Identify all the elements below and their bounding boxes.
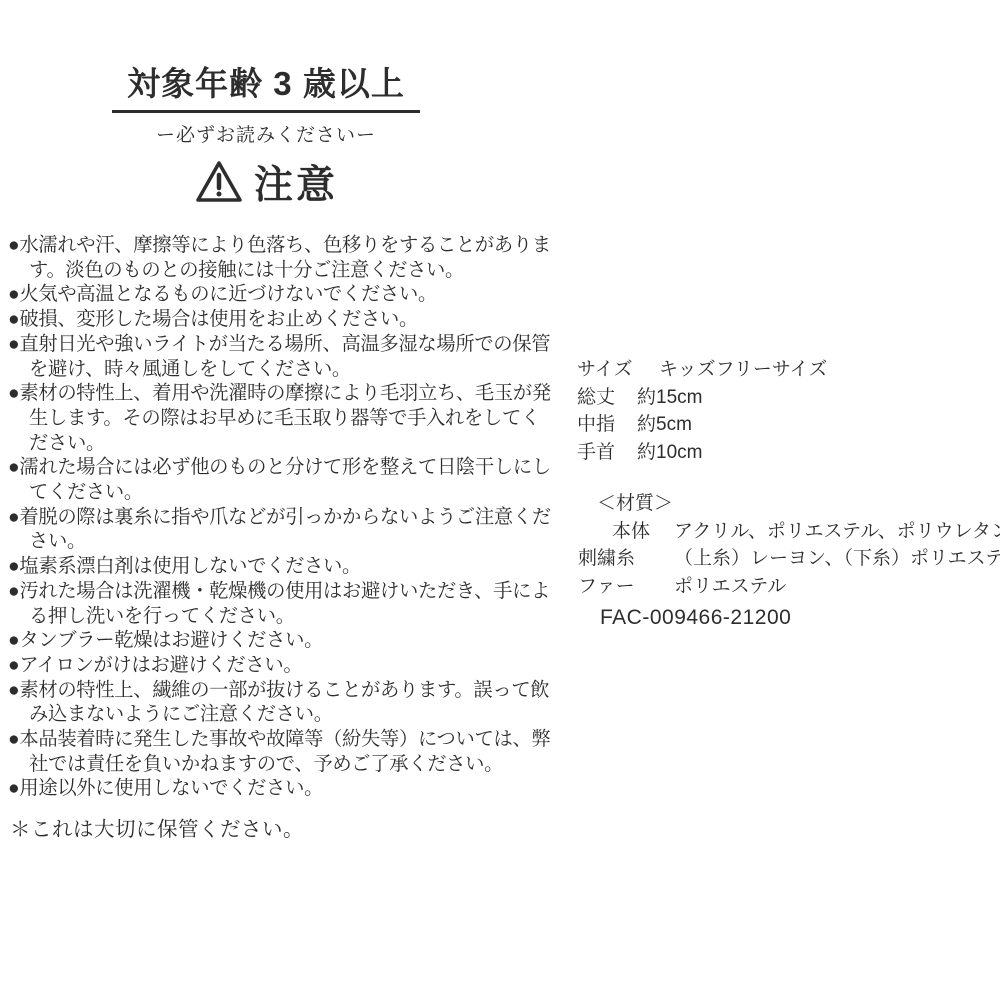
- material-value: ポリエステル: [674, 573, 786, 601]
- bullet-marker: ●: [8, 556, 19, 577]
- bullet-marker: ●: [8, 334, 19, 355]
- material-value: （上糸）レーヨン、（下糸）ポリエステル: [674, 545, 1000, 573]
- warning-text: アイロンがけはお避けください。: [19, 655, 302, 676]
- warnings-list: ●水濡れや汗、摩擦等により色落ち、色移りをすることがあります。淡色のものとの接触…: [8, 234, 556, 802]
- material-row: 刺繍糸 （上糸）レーヨン、（下糸）ポリエステル: [578, 545, 1000, 573]
- warning-text: 素材の特性上、繊維の一部が抜けることがあります。誤って飲み込まないようにご注意く…: [19, 680, 549, 726]
- materials-heading: ＜材質＞: [597, 490, 1000, 518]
- warning-item: ●水濡れや汗、摩擦等により色落ち、色移りをすることがあります。淡色のものとの接触…: [8, 234, 556, 283]
- material-label: 本体: [578, 518, 674, 546]
- warning-text: 水濡れや汗、摩擦等により色落ち、色移りをすることがあります。淡色のものとの接触に…: [19, 235, 550, 281]
- spec-label: 総丈: [577, 384, 637, 412]
- age-restriction-title: 対象年齢 3 歳以上: [112, 58, 420, 113]
- warning-item: ●塩素系漂白剤は使用しないでください。: [8, 555, 556, 580]
- spec-value: 約15cm: [637, 384, 702, 412]
- warning-item: ●着脱の際は裏糸に指や爪などが引っかからないようご注意ください。: [8, 506, 556, 555]
- keep-safe-note: ＊これは大切に保管ください。: [10, 812, 304, 842]
- warning-item: ●素材の特性上、繊維の一部が抜けることがあります。誤って飲み込まないようにご注意…: [8, 679, 556, 728]
- bullet-marker: ●: [8, 680, 19, 701]
- product-code: FAC-009466-21200: [600, 604, 1000, 632]
- bullet-marker: ●: [8, 507, 19, 528]
- size-row: 中指 約5cm: [577, 411, 827, 439]
- warning-text: タンブラー乾燥はお避けください。: [19, 630, 323, 651]
- materials-block: ＜材質＞ 本体 アクリル、ポリエステル、ポリウレタン 刺繍糸 （上糸）レーヨン、…: [578, 490, 1000, 632]
- warning-text: 破損、変形した場合は使用をお止めください。: [19, 309, 418, 330]
- material-row: ファー ポリエステル: [578, 573, 1000, 601]
- warning-item: ●素材の特性上、着用や洗濯時の摩擦により毛羽立ち、毛玉が発生します。その際はお早…: [8, 382, 556, 456]
- spec-value: 約10cm: [637, 439, 702, 467]
- warning-text: 濡れた場合には必ず他のものと分けて形を整えて日陰干しにしてください。: [19, 457, 550, 503]
- warning-item: ●直射日光や強いライトが当たる場所、高温多湿な場所での保管を避け、時々風通しをし…: [8, 333, 556, 382]
- warning-text: 直射日光や強いライトが当たる場所、高温多湿な場所での保管を避け、時々風通しをして…: [19, 334, 550, 380]
- material-label: 刺繍糸: [578, 545, 674, 573]
- bullet-marker: ●: [8, 457, 19, 478]
- spec-label: サイズ: [577, 356, 637, 384]
- bullet-marker: ●: [8, 309, 19, 330]
- material-label: ファー: [578, 573, 674, 601]
- warning-text: 素材の特性上、着用や洗濯時の摩擦により毛羽立ち、毛玉が発生します。その際はお早め…: [19, 383, 550, 453]
- bullet-marker: ●: [8, 284, 19, 305]
- warning-item: ●濡れた場合には必ず他のものと分けて形を整えて日陰干しにしてください。: [8, 456, 556, 505]
- spec-label: 手首: [577, 439, 637, 467]
- bullet-marker: ●: [8, 383, 19, 404]
- caution-label-page: 対象年齢 3 歳以上 ー必ずお読みくださいー 注意 ●水濡れや汗、摩擦等により色…: [0, 0, 1000, 1000]
- bullet-marker: ●: [8, 581, 19, 602]
- size-row: 総丈 約15cm: [577, 384, 827, 412]
- spec-label: 中指: [577, 411, 637, 439]
- warning-item: ●タンブラー乾燥はお避けください。: [8, 629, 556, 654]
- size-row: サイズ キッズフリーサイズ: [577, 356, 827, 384]
- warning-item: ●破損、変形した場合は使用をお止めください。: [8, 308, 556, 333]
- spec-value: 約5cm: [637, 411, 692, 439]
- read-notice-subtitle: ー必ずお読みくださいー: [112, 120, 420, 147]
- warning-item: ●用途以外に使用しないでください。: [8, 777, 556, 802]
- header: 対象年齢 3 歳以上 ー必ずお読みくださいー 注意: [112, 58, 420, 210]
- warning-item: ●火気や高温となるものに近づけないでください。: [8, 283, 556, 308]
- material-value: アクリル、ポリエステル、ポリウレタン: [674, 518, 1000, 546]
- warning-item: ●本品装着時に発生した事故や故障等（紛失等）については、弊社では責任を負いかねま…: [8, 728, 556, 777]
- warning-item: ●アイロンがけはお避けください。: [8, 654, 556, 679]
- warning-triangle-icon: [194, 159, 244, 205]
- bullet-marker: ●: [8, 778, 19, 799]
- bullet-marker: ●: [8, 729, 19, 750]
- material-row: 本体 アクリル、ポリエステル、ポリウレタン: [578, 518, 1000, 546]
- spec-value: キッズフリーサイズ: [659, 356, 827, 384]
- bullet-marker: ●: [8, 655, 19, 676]
- caution-title: 注意: [254, 154, 338, 210]
- size-row: 手首 約10cm: [577, 439, 827, 467]
- warning-text: 火気や高温となるものに近づけないでください。: [19, 284, 437, 305]
- caution-heading: 注意: [112, 154, 420, 210]
- warning-text: 塩素系漂白剤は使用しないでください。: [19, 556, 361, 577]
- size-spec-block: サイズ キッズフリーサイズ 総丈 約15cm 中指 約5cm 手首 約10cm: [577, 356, 827, 466]
- warning-text: 用途以外に使用しないでください。: [19, 778, 323, 799]
- warning-text: 着脱の際は裏糸に指や爪などが引っかからないようご注意ください。: [19, 507, 550, 553]
- bullet-marker: ●: [8, 630, 19, 651]
- warning-text: 本品装着時に発生した事故や故障等（紛失等）については、弊社では責任を負いかねます…: [19, 729, 550, 775]
- warning-text: 汚れた場合は洗濯機・乾燥機の使用はお避けいただき、手による押し洗いを行ってくださ…: [19, 581, 550, 627]
- bullet-marker: ●: [8, 235, 19, 256]
- warning-item: ●汚れた場合は洗濯機・乾燥機の使用はお避けいただき、手による押し洗いを行ってくだ…: [8, 580, 556, 629]
